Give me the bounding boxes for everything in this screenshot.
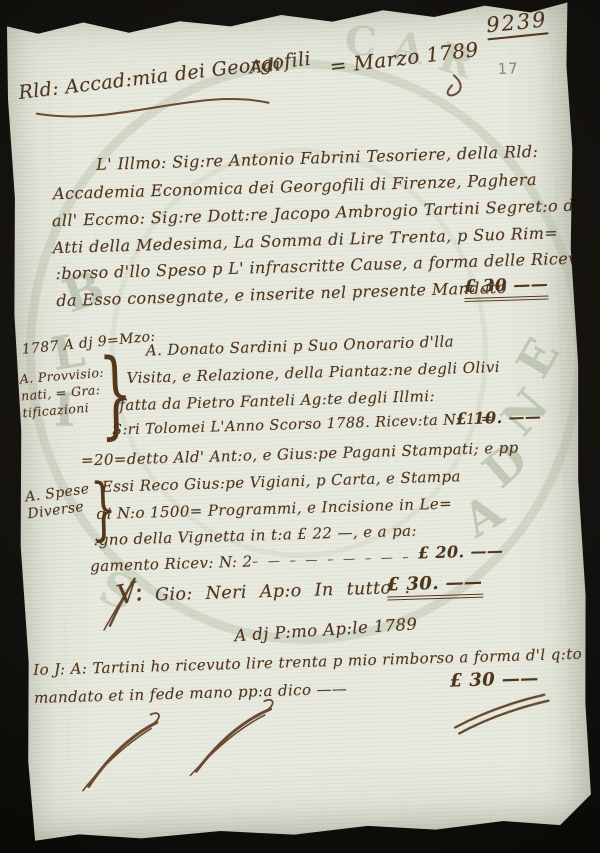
mandate-line: da Esso consegnate, e inserite nel prese… [56, 279, 507, 310]
entry1-line: S:ri Tolomei L'Anno Scorso 1788. Ricev:t… [112, 412, 494, 439]
entry1-margin-date: 1787 A dj 9=Mzo: [21, 330, 156, 359]
total-prefix-flourish: V: [114, 577, 146, 611]
total-amount: £ 30. —— [387, 573, 483, 601]
entry2-line: :gno della Vignetta in t:a £ 22 —, e a p… [93, 523, 417, 549]
entry2-margin-category: A. Spese Diverse [24, 481, 93, 523]
header-date: = Marzo 1789 [328, 38, 479, 77]
ledger-number: 9239 [485, 8, 549, 40]
entry1-line: Visita, e Relazione, della Piantaz:ne de… [126, 359, 500, 387]
receipt-amount: £ 30 —— [449, 669, 538, 691]
total-text: Gio: Neri Ap:o In tutto . [155, 579, 411, 606]
entry1-line: A. Donato Sardini p Suo Onorario d'lla [146, 333, 455, 359]
entry1-margin-category: A. Provvisio: nati, = Gra: tificazioni [19, 364, 107, 422]
entry2-leader: – — – — – — – — – [252, 551, 412, 569]
entry2-line: =20=detto Ald' Ant:o, e Gius:pe Pagani S… [81, 439, 519, 468]
entry2-line: di N:o 1500= Programmi, e Incisione in L… [96, 495, 452, 522]
manuscript-paper: B L I C A R E N D A S 9239 17 Rld: Accad… [4, 0, 594, 844]
receipt-line: mandato et in fede mano pp:a dico —— [34, 681, 348, 707]
entry1-line: fatta da Pietro Fanteli Ag:te degli Illm… [119, 388, 435, 414]
mandate-amount: £ 30 —— [464, 276, 549, 302]
stamp-letter: E [506, 329, 570, 387]
folio-number: 17 [497, 59, 519, 78]
stamp-letter: A [453, 483, 512, 548]
mandate-line: L' Illmo: Sig:re Antonio Fabrini Tesorie… [96, 143, 539, 174]
closing-date: A dj P:mo Ap:le 1789 [234, 615, 418, 645]
entry1-amount: £ 10. —— [456, 408, 542, 428]
entry2-line: Essi Reco Gius:pe Vigiani, p Carta, e St… [102, 468, 461, 495]
entry2-amount: £ 20. —— [418, 542, 504, 562]
header-date-word: Adi [249, 55, 282, 78]
entry2-line: gamento Ricev: N: 2 [90, 553, 253, 574]
